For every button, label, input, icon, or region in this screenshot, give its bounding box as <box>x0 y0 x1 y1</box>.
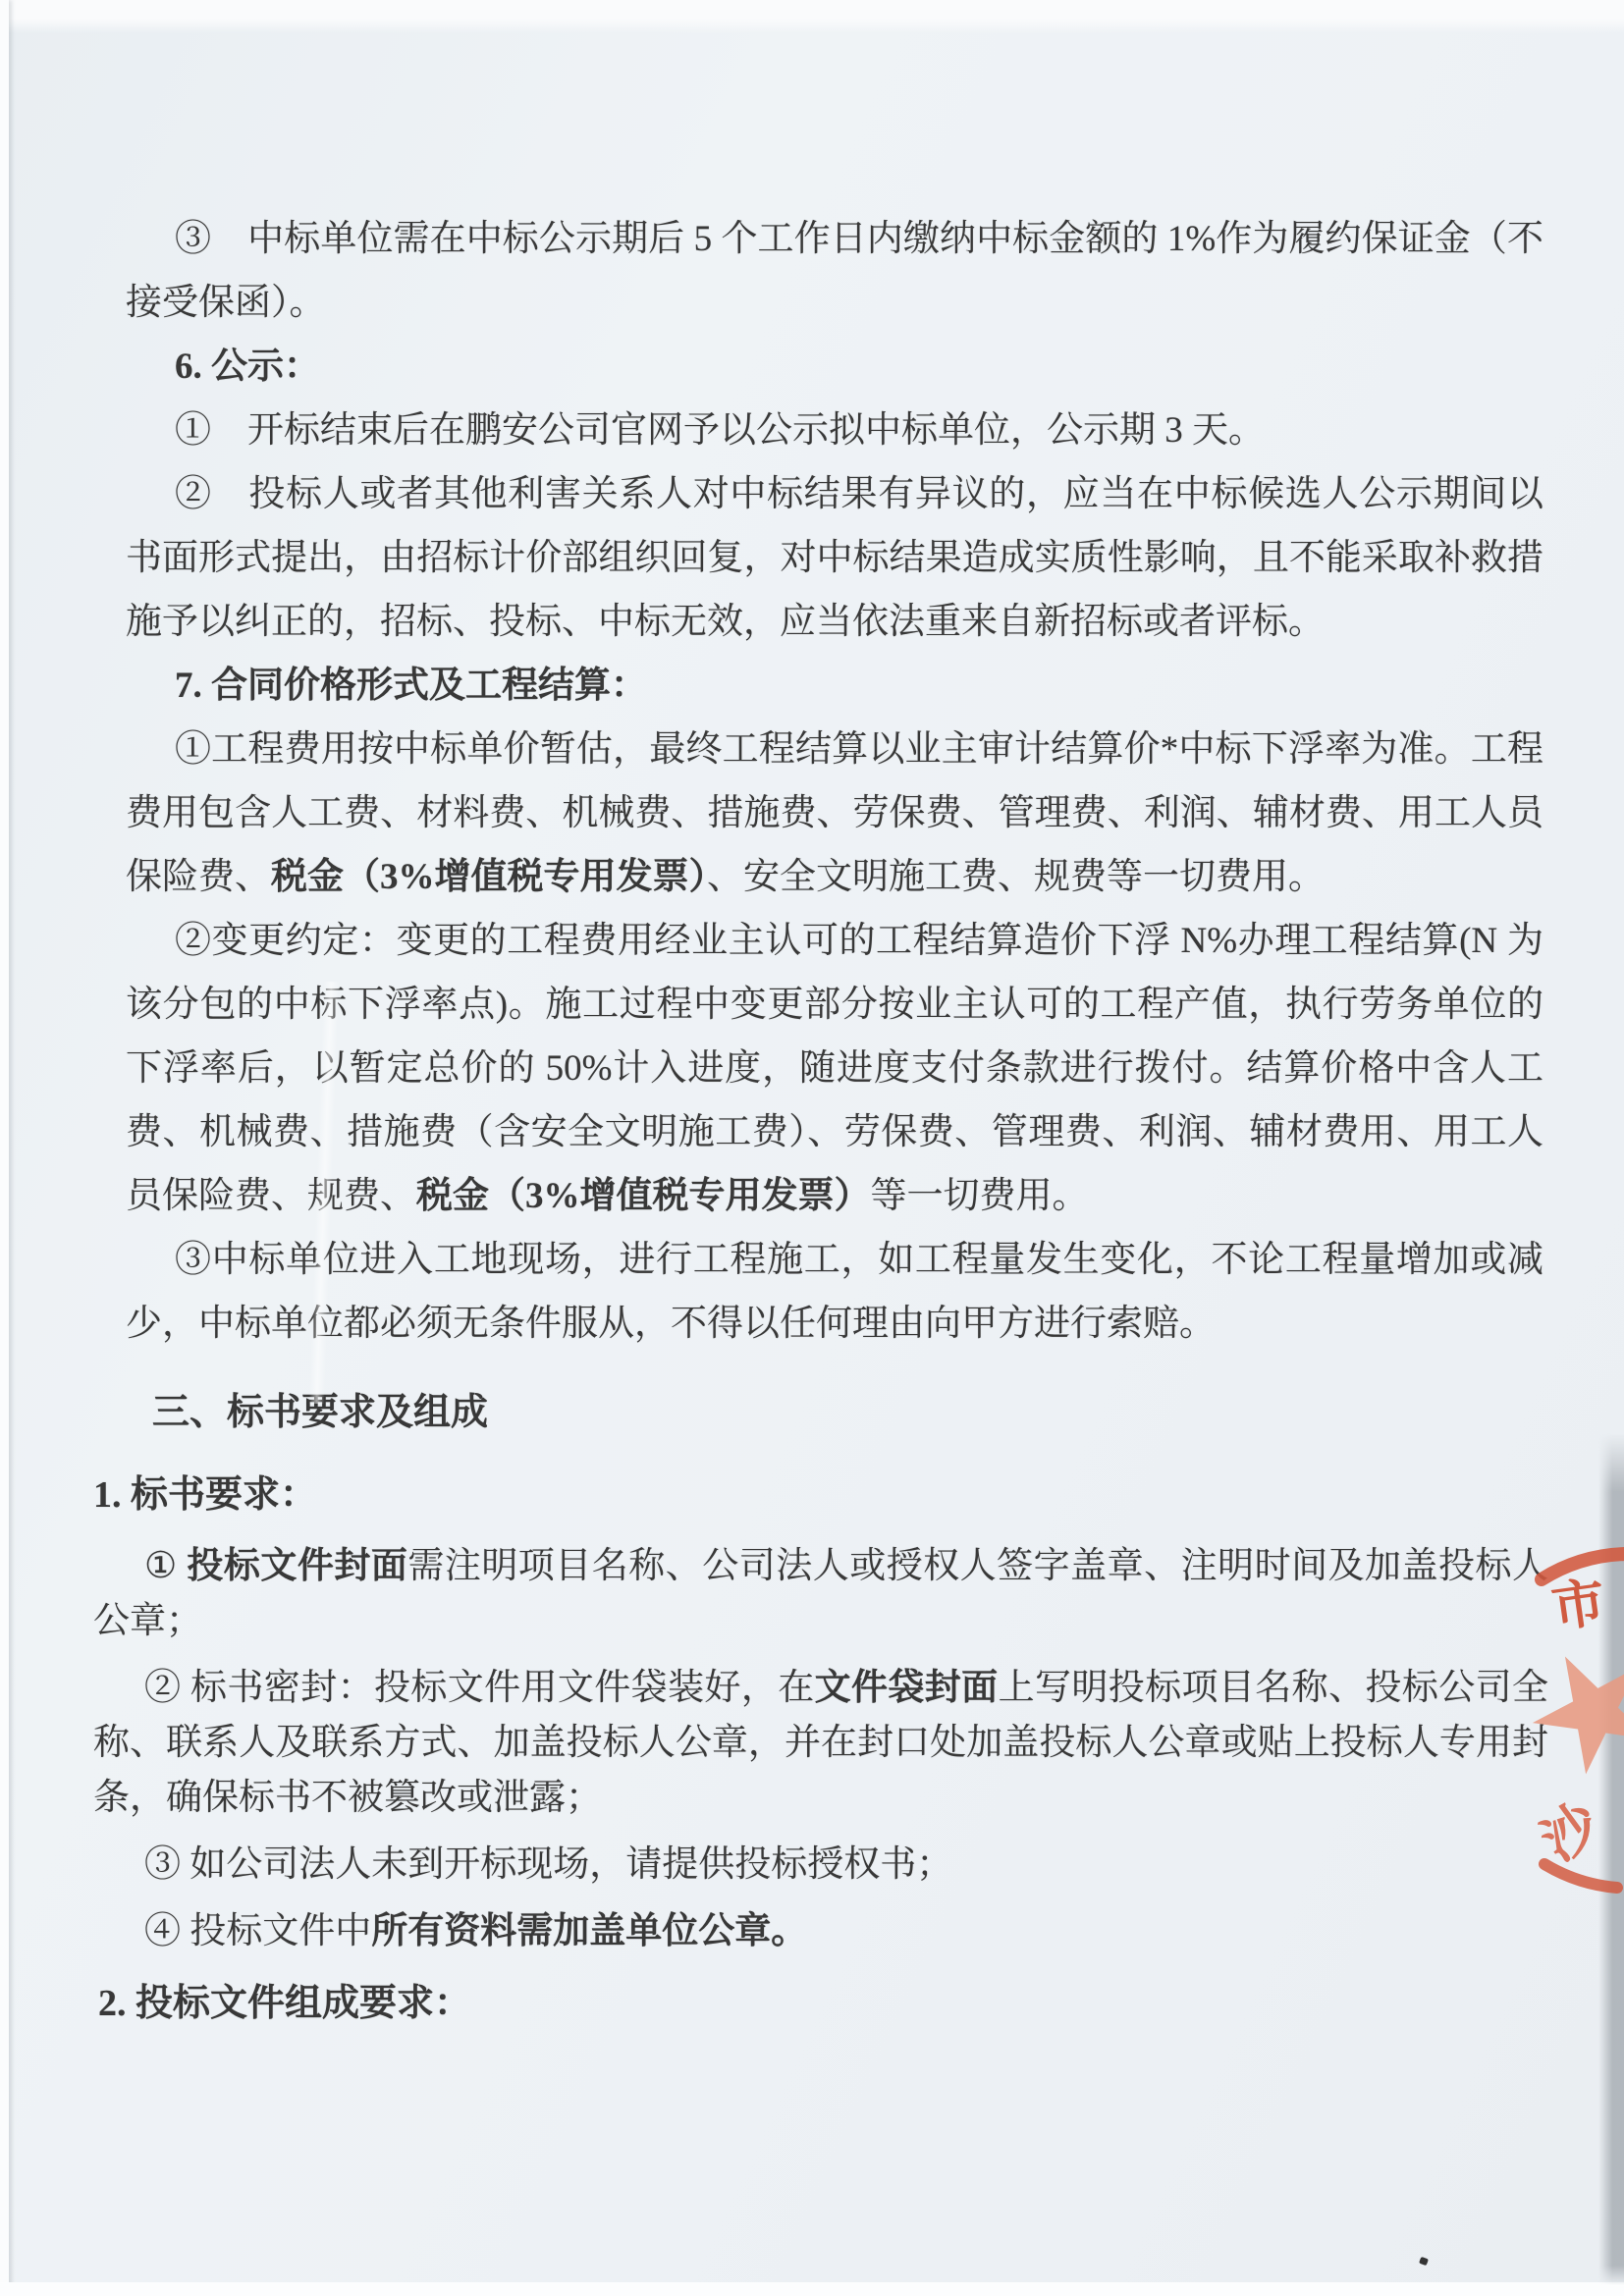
text-run: ③中标单位进入工地现场，进行工程施工，如工程量发生变化，不论工程量增加或减少，中… <box>126 1240 1543 1344</box>
text-run: 文件袋封面 <box>815 1668 999 1708</box>
paragraph: ③中标单位进入工地现场，进行工程施工，如工程量发生变化，不论工程量增加或减少，中… <box>126 1228 1543 1356</box>
text-run: ② 标书密封：投标文件用文件袋装好，在 <box>144 1668 815 1708</box>
paragraph: ③ 如公司法人未到开标现场，请提供投标授权书； <box>93 1838 1548 1893</box>
document-body: ③ 中标单位需在中标公示期后 5 个工作日内缴纳中标金额的 1%作为履约保证金（… <box>0 0 1624 2036</box>
text-run: 等一切费用。 <box>871 1176 1089 1216</box>
ink-speck <box>1419 2257 1429 2266</box>
terms-section: ③ 中标单位需在中标公示期后 5 个工作日内缴纳中标金额的 1%作为履约保证金（… <box>126 207 1543 1356</box>
text-run: 、安全文明施工费、规费等一切费用。 <box>707 857 1325 897</box>
requirement-items: ① 投标文件封面需注明项目名称、公司法人或授权人签字盖章、注明时间及加盖投标人公… <box>93 1539 1548 1959</box>
text-run: ②变更约定：变更的工程费用经业主认可的工程结算造价下浮 N%办理工程结算(N 为… <box>126 921 1543 1216</box>
text-run: ③ 中标单位需在中标公示期后 5 个工作日内缴纳中标金额的 1%作为履约保证金（… <box>126 219 1543 323</box>
seal-graphics: 市 沙 <box>1512 1554 1624 1888</box>
seal-bottom-arc <box>1544 1864 1617 1888</box>
scan-edge-top <box>0 0 1624 33</box>
paragraph: ② 标书密封：投标文件用文件袋装好，在文件袋封面上写明投标项目名称、投标公司全称… <box>93 1661 1548 1826</box>
text-run: ① 开标结束后在鹏安公司官网予以公示拟中标单位，公示期 3 天。 <box>175 410 1265 451</box>
seal-char-top: 市 <box>1548 1573 1609 1638</box>
paragraph: ③ 中标单位需在中标公示期后 5 个工作日内缴纳中标金额的 1%作为履约保证金（… <box>126 207 1543 335</box>
paragraph: ④ 投标文件中所有资料需加盖单位公章。 <box>93 1904 1548 1959</box>
bid-requirements-heading: 1. 标书要求： <box>93 1464 1624 1527</box>
section-heading: 三、标书要求及组成 <box>152 1381 1624 1445</box>
text-run: 7. 合同价格形式及工程结算： <box>175 666 647 706</box>
paragraph: ① 投标文件封面需注明项目名称、公司法人或授权人签字盖章、注明时间及加盖投标人公… <box>93 1539 1548 1649</box>
paragraph: 6. 公示： <box>126 335 1543 399</box>
red-seal-stamp: 市 沙 <box>1447 1529 1624 1932</box>
text-run: 税金（3%增值税专用发票） <box>271 857 707 897</box>
text-run: 投标文件封面 <box>187 1546 407 1586</box>
paragraph: ② 投标人或者其他利害关系人对中标结果有异议的，应当在中标候选人公示期间以书面形… <box>126 462 1543 654</box>
paragraph: ②变更约定：变更的工程费用经业主认可的工程结算造价下浮 N%办理工程结算(N 为… <box>126 909 1543 1228</box>
scanned-page: ③ 中标单位需在中标公示期后 5 个工作日内缴纳中标金额的 1%作为履约保证金（… <box>0 0 1624 2296</box>
text-run: 6. 公示： <box>175 347 320 387</box>
text-run: 税金（3%增值税专用发票） <box>416 1176 871 1216</box>
paragraph: 7. 合同价格形式及工程结算： <box>126 654 1543 718</box>
text-run: ④ 投标文件中 <box>144 1911 371 1951</box>
text-run: 所有资料需加盖单位公章。 <box>371 1911 807 1951</box>
seal-star-icon <box>1512 1629 1624 1786</box>
text-run: ① <box>144 1546 187 1586</box>
paragraph: ①工程费用按中标单价暂估，最终工程结算以业主审计结算价*中标下浮率为准。工程费用… <box>126 718 1543 909</box>
paragraph: ① 开标结束后在鹏安公司官网予以公示拟中标单位，公示期 3 天。 <box>126 399 1543 462</box>
text-run: ③ 如公司法人未到开标现场，请提供投标授权书； <box>144 1844 952 1885</box>
composition-heading: 2. 投标文件组成要求： <box>98 1972 1624 2036</box>
scan-edge-left <box>0 0 9 2296</box>
text-run: ② 投标人或者其他利害关系人对中标结果有异议的，应当在中标候选人公示期间以书面形… <box>126 474 1543 642</box>
scan-edge-bottom <box>0 2282 1624 2296</box>
